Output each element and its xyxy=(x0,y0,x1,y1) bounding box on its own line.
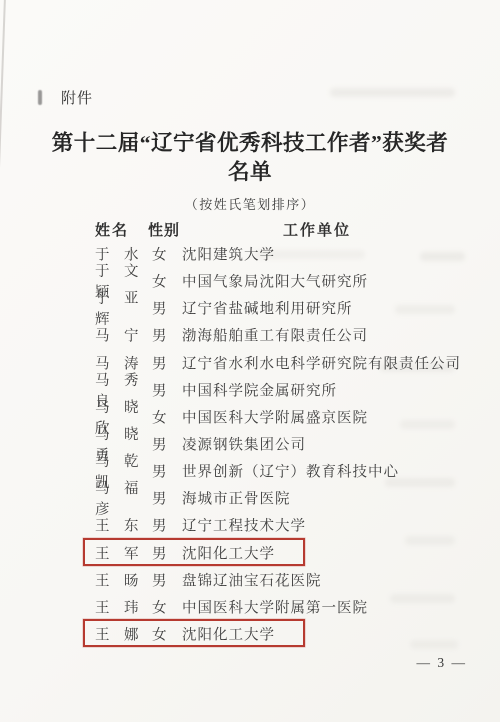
recipient-name: 王旸 xyxy=(95,569,139,590)
recipient-name: 王玮 xyxy=(95,596,139,617)
table-row: 王东 男 辽宁工程技术大学 xyxy=(0,512,500,539)
recipient-gender: 男 xyxy=(152,488,167,509)
table-row: 马乾凯 男 世界创新（辽宁）教育科技中心 xyxy=(0,458,500,485)
table-row: 于文颖 女 中国气象局沈阳大气研究所 xyxy=(0,268,500,295)
page-number: — 3 — xyxy=(417,655,468,671)
recipient-gender: 女 xyxy=(152,244,167,265)
recipient-unit: 沈阳化工大学 xyxy=(182,542,275,563)
recipient-gender: 女 xyxy=(152,596,167,617)
recipient-gender: 女 xyxy=(152,271,167,292)
recipient-unit: 沈阳建筑大学 xyxy=(182,244,275,265)
recipient-unit: 海城市正骨医院 xyxy=(182,488,291,509)
title-line-1: 第十二届“辽宁省优秀科技工作者”获奖者 xyxy=(0,129,500,158)
title-line-2: 名单 xyxy=(0,158,500,187)
table-row-highlighted: 王娜 女 沈阳化工大学 xyxy=(0,620,500,647)
recipient-gender: 男 xyxy=(152,542,167,563)
header-gender: 性别 xyxy=(148,219,180,240)
recipient-unit: 中国医科大学附属盛京医院 xyxy=(182,406,368,427)
header-name: 姓名 xyxy=(95,219,129,240)
recipient-unit: 中国科学院金属研究所 xyxy=(182,379,337,400)
recipient-name: 王娜 xyxy=(95,624,139,645)
recipient-gender: 男 xyxy=(152,461,167,482)
recipient-name: 王东 xyxy=(95,515,139,536)
bleedthrough-smudge xyxy=(330,88,455,97)
document-title: 第十二届“辽宁省优秀科技工作者”获奖者 名单 xyxy=(0,129,500,187)
document-page: 附件 第十二届“辽宁省优秀科技工作者”获奖者 名单 （按姓氏笔划排序） 姓名 性… xyxy=(0,0,500,722)
header-unit: 工作单位 xyxy=(283,219,351,240)
sort-order-note: （按姓氏笔划排序） xyxy=(0,194,500,213)
recipient-gender: 男 xyxy=(152,569,167,590)
recipient-unit: 中国气象局沈阳大气研究所 xyxy=(182,271,368,292)
recipient-unit: 辽宁省水利水电科学研究院有限责任公司 xyxy=(182,352,461,373)
table-row: 于亚辉 男 辽宁省盐碱地利用研究所 xyxy=(0,295,500,322)
recipient-table: 于水 女 沈阳建筑大学 于文颖 女 中国气象局沈阳大气研究所 于亚辉 男 辽宁省… xyxy=(0,241,500,648)
recipient-unit: 盘锦辽油宝石花医院 xyxy=(182,569,322,590)
table-row: 王玮 女 中国医科大学附属第一医院 xyxy=(0,593,500,620)
table-row: 马福彦 男 海城市正骨医院 xyxy=(0,485,500,512)
recipient-unit: 沈阳化工大学 xyxy=(182,624,275,645)
recipient-unit: 渤海船舶重工有限责任公司 xyxy=(182,325,368,346)
recipient-gender: 男 xyxy=(152,515,167,536)
recipient-name: 王军 xyxy=(95,542,139,563)
ink-speck xyxy=(38,90,42,105)
table-row: 马晓勇 男 凌源钢铁集团公司 xyxy=(0,430,500,457)
table-row: 王旸 男 盘锦辽油宝石花医院 xyxy=(0,566,500,593)
table-row: 马晓欣 女 中国医科大学附属盛京医院 xyxy=(0,403,500,430)
table-row: 马秀良 男 中国科学院金属研究所 xyxy=(0,376,500,403)
recipient-gender: 男 xyxy=(152,434,167,455)
table-row-highlighted: 王军 男 沈阳化工大学 xyxy=(0,539,500,566)
recipient-gender: 男 xyxy=(152,325,167,346)
recipient-gender: 男 xyxy=(152,352,167,373)
recipient-gender: 男 xyxy=(152,379,167,400)
recipient-name: 马宁 xyxy=(95,325,139,346)
table-row: 于水 女 沈阳建筑大学 xyxy=(0,241,500,268)
recipient-unit: 辽宁工程技术大学 xyxy=(182,515,306,536)
recipient-unit: 世界创新（辽宁）教育科技中心 xyxy=(182,461,399,482)
recipient-unit: 中国医科大学附属第一医院 xyxy=(182,596,368,617)
recipient-gender: 女 xyxy=(152,406,167,427)
recipient-gender: 男 xyxy=(152,298,167,319)
table-row: 马涛 男 辽宁省水利水电科学研究院有限责任公司 xyxy=(0,349,500,376)
recipient-unit: 凌源钢铁集团公司 xyxy=(182,434,306,455)
attachment-label: 附件 xyxy=(61,87,93,108)
recipient-unit: 辽宁省盐碱地利用研究所 xyxy=(182,298,353,319)
table-row: 马宁 男 渤海船舶重工有限责任公司 xyxy=(0,322,500,349)
recipient-gender: 女 xyxy=(152,624,167,645)
